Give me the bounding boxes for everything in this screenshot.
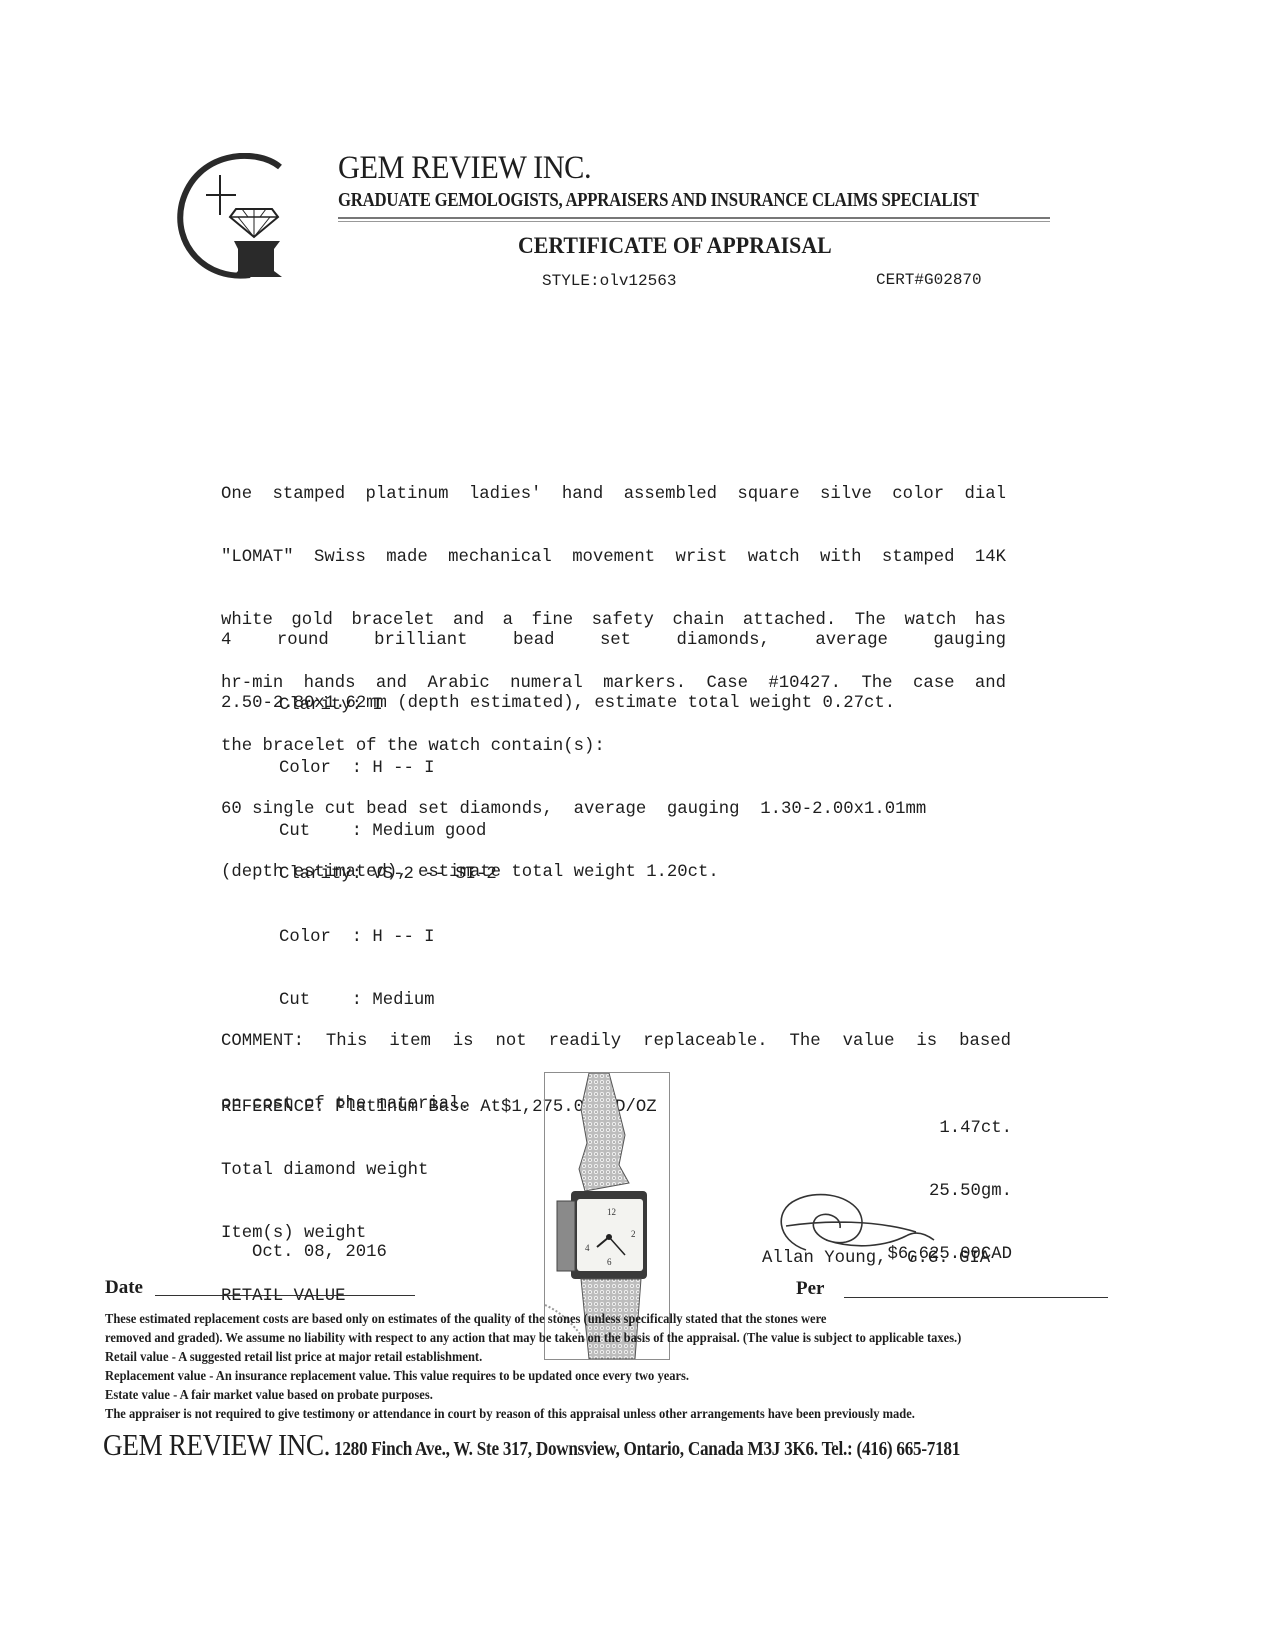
certificate-number: CERT#G02870 — [876, 271, 982, 289]
header-divider-thin — [338, 221, 1050, 222]
date-label: Date — [105, 1277, 143, 1299]
disclaimer-line: These estimated replacement costs are ba… — [105, 1310, 961, 1329]
total-diamond-weight-value: 1.47ct. — [820, 1118, 1012, 1139]
description-line: "LOMAT" Swiss made mechanical movement w… — [221, 547, 1006, 568]
style-number: STYLE:olv12563 — [542, 272, 676, 290]
stone-group-line: 4 round brilliant bead set diamonds, ave… — [221, 630, 1006, 651]
signature-icon — [766, 1180, 936, 1260]
company-logo-icon — [176, 153, 288, 281]
description-line: One stamped platinum ladies' hand assemb… — [221, 484, 1006, 505]
document-title: CERTIFICATE OF APPRAISAL — [518, 233, 832, 259]
appraiser-name: Allan Young, G.G. GIA — [762, 1249, 990, 1268]
disclaimer-line: removed and graded). We assume no liabil… — [105, 1329, 961, 1348]
header-divider — [338, 217, 1050, 219]
svg-text:6: 6 — [607, 1257, 612, 1267]
per-label: Per — [796, 1278, 824, 1300]
clarity-grade: Clarity: I — [279, 695, 486, 716]
appraisal-date: Oct. 08, 2016 — [252, 1243, 387, 1262]
disclaimer: These estimated replacement costs are ba… — [105, 1310, 961, 1423]
disclaimer-line: Replacement value - An insurance replace… — [105, 1367, 961, 1386]
per-signature-line — [844, 1297, 1108, 1298]
stone-group-line: 60 single cut bead set diamonds, average… — [221, 799, 1006, 820]
disclaimer-line: Estate value - A fair market value based… — [105, 1386, 961, 1405]
company-tagline: GRADUATE GEMOLOGISTS, APPRAISERS AND INS… — [338, 190, 979, 212]
footer-company-name: GEM REVIEW INC. — [103, 1427, 330, 1462]
footer-address: 1280 Finch Ave., W. Ste 317, Downsview, … — [330, 1439, 960, 1460]
svg-text:12: 12 — [607, 1207, 616, 1217]
disclaimer-line: Retail value - A suggested retail list p… — [105, 1348, 961, 1367]
color-grade: Color : H -- I — [279, 927, 497, 948]
company-name: GEM REVIEW INC. — [338, 150, 591, 187]
date-signature-line — [155, 1295, 415, 1296]
clarity-grade: Clarity: VS-2 -- SI-2 — [279, 864, 497, 885]
disclaimer-line: The appraiser is not required to give te… — [105, 1405, 961, 1424]
footer: GEM REVIEW INC. 1280 Finch Ave., W. Ste … — [103, 1427, 960, 1463]
comment-line: COMMENT: This item is not readily replac… — [221, 1031, 1011, 1052]
svg-text:4: 4 — [585, 1243, 590, 1253]
svg-text:2: 2 — [631, 1229, 636, 1239]
